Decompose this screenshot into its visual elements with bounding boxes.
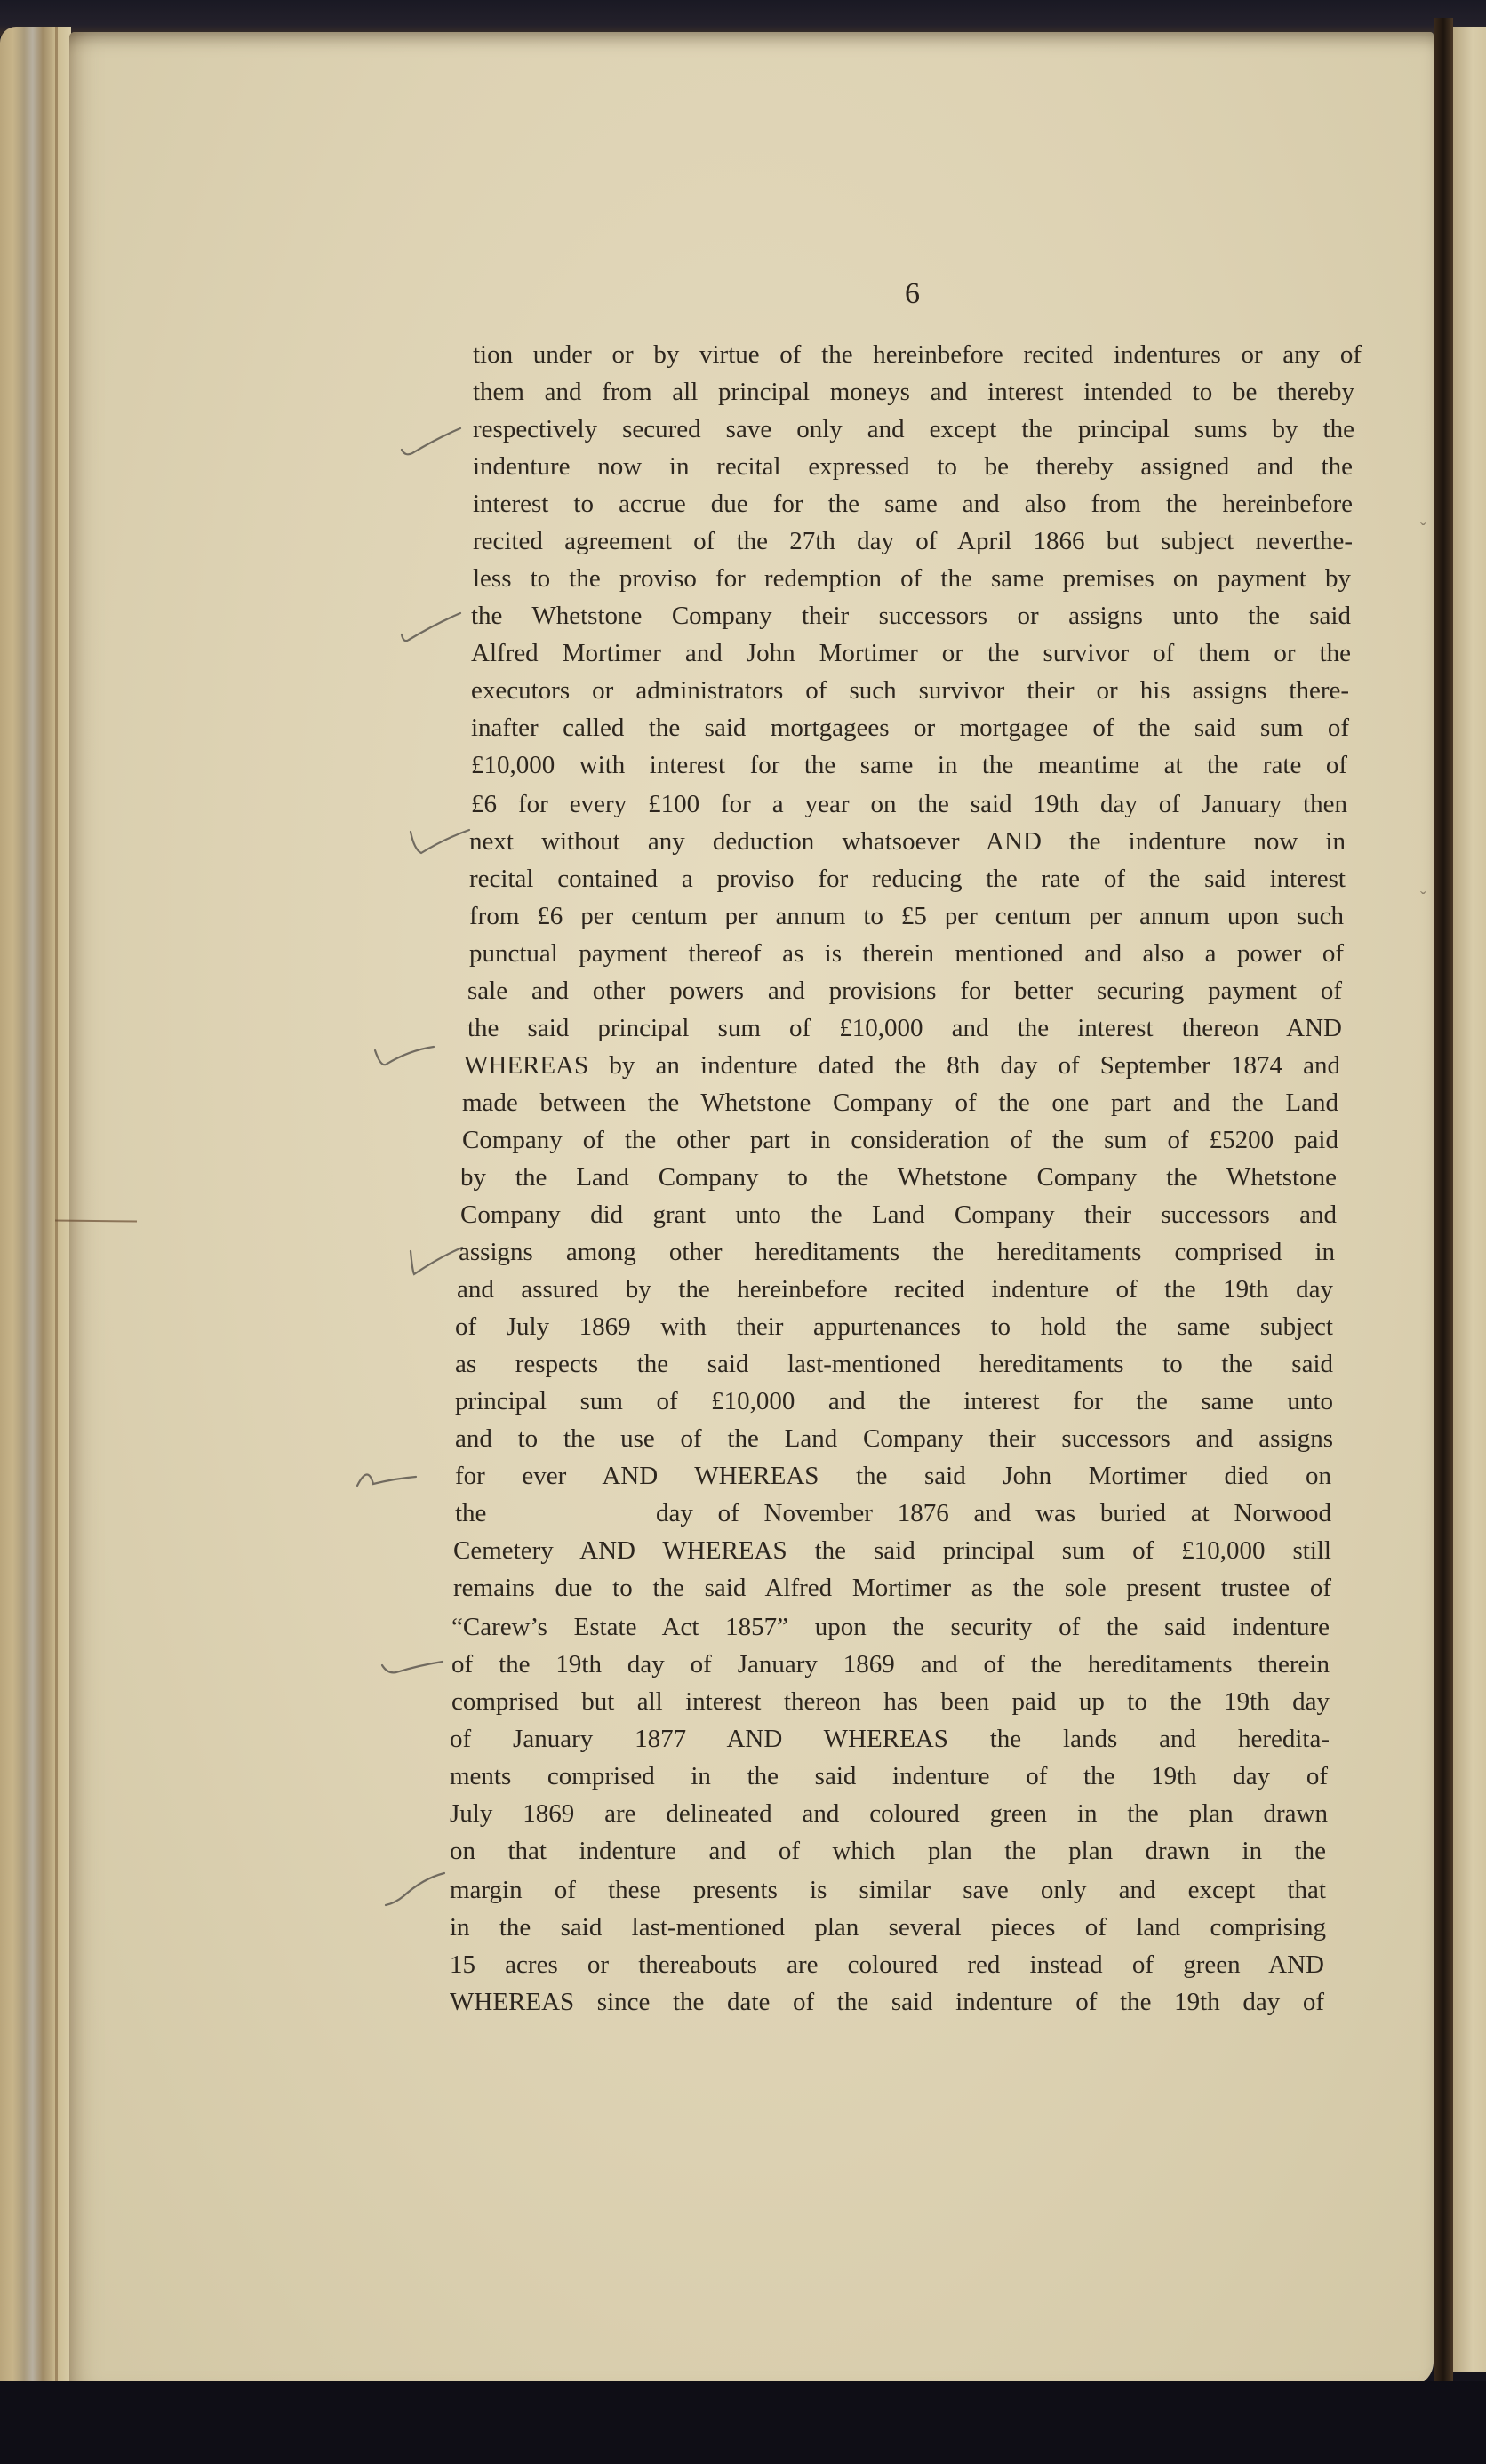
text-line: as respects the said last-mentioned here… <box>455 1345 1333 1383</box>
pencil-tick-icon <box>400 425 462 460</box>
text-line: WHEREAS by an indenture dated the 8th da… <box>464 1047 1340 1084</box>
text-line: of the 19th day of January 1869 and of t… <box>451 1646 1330 1683</box>
text-line: tion under or by virtue of the hereinbef… <box>473 336 1362 373</box>
pencil-tick-icon <box>400 611 462 647</box>
text-line: of July 1869 with their appurtenances to… <box>455 1308 1333 1345</box>
text-line: for ever AND WHEREAS the said John Morti… <box>455 1457 1331 1495</box>
text-line: principal sum of £10,000 and the interes… <box>455 1383 1333 1420</box>
text-line: the <box>455 1495 508 1532</box>
document-body: tion under or by virtue of the hereinbef… <box>0 0 1486 2464</box>
text-line: Alfred Mortimer and John Mortimer or the… <box>471 634 1351 672</box>
text-line: made between the Whetstone Company of th… <box>462 1084 1338 1121</box>
text-line: less to the proviso for redemption of th… <box>473 560 1351 597</box>
text-line: Company of the other part in considerati… <box>462 1121 1338 1159</box>
text-line: respectively secured save only and excep… <box>473 411 1354 448</box>
text-line: from £6 per centum per annum to £5 per c… <box>469 897 1344 935</box>
pencil-tick-icon <box>384 1871 446 1907</box>
text-line: them and from all principal moneys and i… <box>473 373 1354 411</box>
text-line: “Carew’s Estate Act 1857” upon the secur… <box>451 1608 1330 1646</box>
text-line: executors or administrators of such surv… <box>471 672 1349 709</box>
text-line: on that indenture and of which plan the … <box>450 1832 1326 1870</box>
text-line: Cemetery AND WHEREAS the said principal … <box>453 1532 1331 1569</box>
text-line: in the said last-mentioned plan several … <box>450 1909 1326 1946</box>
text-line: margin of these presents is similar save… <box>450 1871 1326 1909</box>
text-line: comprised but all interest thereon has b… <box>451 1683 1330 1720</box>
text-line: remains due to the said Alfred Mortimer … <box>453 1569 1331 1607</box>
text-line: interest to accrue due for the same and … <box>473 485 1353 522</box>
pencil-tick-icon <box>373 1041 435 1077</box>
text-line: of January 1877 AND WHEREAS the lands an… <box>450 1720 1330 1758</box>
text-line: ments comprised in the said indenture of… <box>450 1758 1328 1795</box>
text-line: punctual payment thereof as is therein m… <box>469 935 1344 972</box>
text-line: assigns among other hereditaments the he… <box>459 1233 1335 1271</box>
text-line: the said principal sum of £10,000 and th… <box>467 1009 1342 1047</box>
text-line: inafter called the said mortgagees or mo… <box>471 709 1349 746</box>
pencil-tick-icon <box>380 1655 443 1690</box>
text-line: Company did grant unto the Land Company … <box>460 1196 1337 1233</box>
text-line: next without any deduction whatsoever AN… <box>469 823 1346 860</box>
text-line: by the Land Company to the Whetstone Com… <box>460 1159 1337 1196</box>
text-line: and assured by the hereinbefore recited … <box>457 1271 1333 1308</box>
text-line: 15 acres or thereabouts are coloured red… <box>450 1946 1324 1983</box>
text-line: the Whetstone Company their successors o… <box>471 597 1351 634</box>
pencil-tick-icon <box>356 1457 418 1493</box>
text-line: recited agreement of the 27th day of Apr… <box>473 522 1353 560</box>
text-line: £10,000 with interest for the same in th… <box>471 746 1347 784</box>
text-line: day of November 1876 and was buried at N… <box>656 1495 1331 1532</box>
pencil-tick-icon <box>409 1244 471 1280</box>
pencil-tick-icon <box>409 825 471 860</box>
text-line: £6 for every £100 for a year on the said… <box>471 785 1347 823</box>
text-line: July 1869 are delineated and coloured gr… <box>450 1795 1328 1832</box>
text-line: and to the use of the Land Company their… <box>455 1420 1333 1457</box>
text-line: indenture now in recital expressed to be… <box>473 448 1353 485</box>
text-line: sale and other powers and provisions for… <box>467 972 1342 1009</box>
text-line: WHEREAS since the date of the said inden… <box>450 1983 1324 2021</box>
text-line: recital contained a proviso for reducing… <box>469 860 1346 897</box>
